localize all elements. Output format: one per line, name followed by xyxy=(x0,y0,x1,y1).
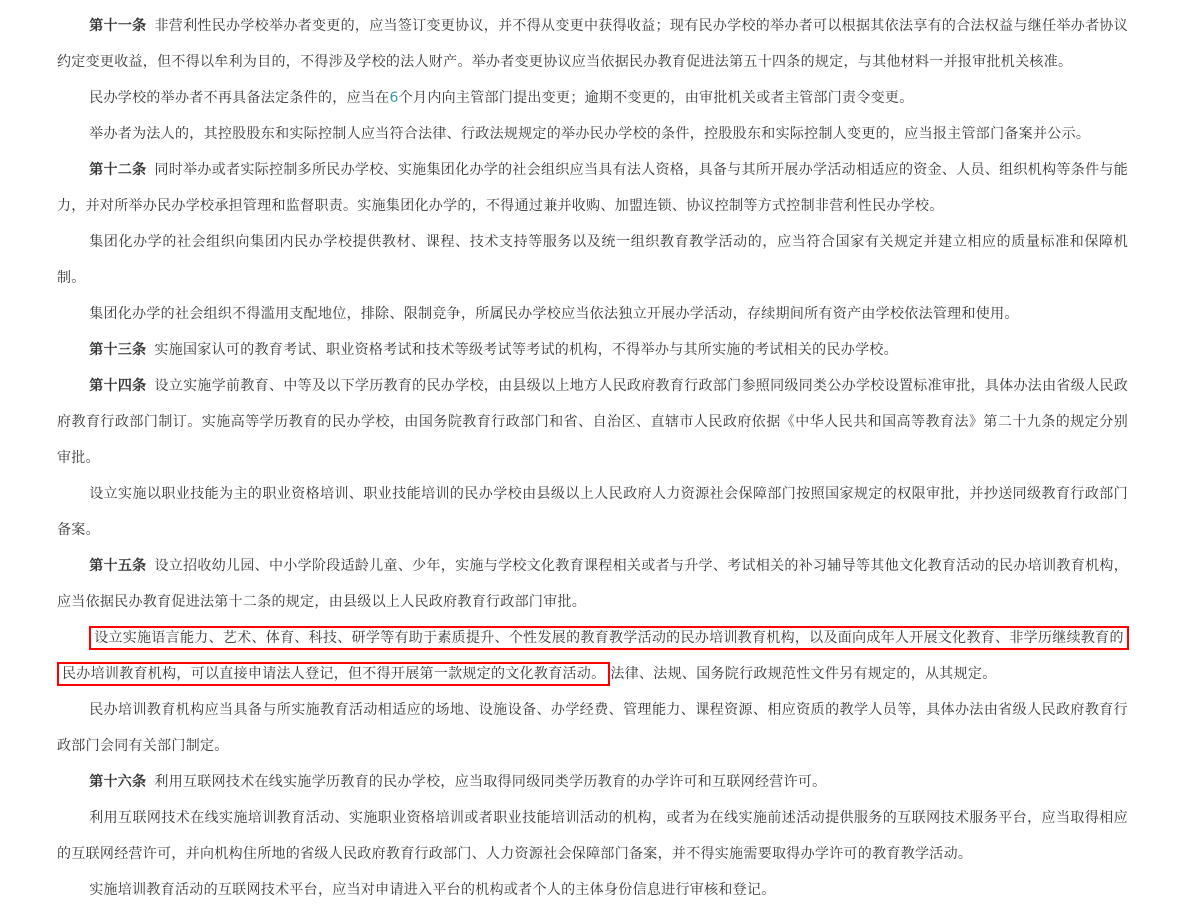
article-12-clause-3-text: 集团化办学的社会组织不得滥用支配地位，排除、限制竞争，所属民办学校应当依法独立开… xyxy=(89,306,1019,322)
para-article-16-clause-3: 实施培训教育活动的互联网技术平台，应当对申请进入平台的机构或者个人的主体身份信息… xyxy=(57,872,1128,908)
article-12-heading: 第十二条 xyxy=(89,162,146,178)
para-article-12-clause-2: 集团化办学的社会组织向集团内民办学校提供教材、课程、技术支持等服务以及统一组织教… xyxy=(57,224,1128,296)
article-15-heading: 第十五条 xyxy=(89,558,146,574)
document-body: 第十一条非营利性民办学校举办者变更的，应当签订变更协议，并不得从变更中获得收益；… xyxy=(57,8,1128,908)
article-14-text: 设立实施学前教育、中等及以下学历教育的民办学校，由县级以上地方人民政府教育行政部… xyxy=(57,378,1128,466)
article-14-heading: 第十四条 xyxy=(89,378,146,394)
para-article-16-clause-2: 利用互联网技术在线实施培训教育活动、实施职业资格培训或者职业技能培训活动的机构，… xyxy=(57,800,1128,872)
clause-2-text-after-number: 个月内向主管部门提出变更；逾期不变更的，由审批机关或者主管部门责令变更。 xyxy=(399,90,914,106)
article-13-text: 实施国家认可的教育考试、职业资格考试和技术等级考试等考试的机构，不得举办与其所实… xyxy=(154,342,898,358)
para-article-14-clause-2: 设立实施以职业技能为主的职业资格培训、职业技能培训的民办学校由县级以上人民政府人… xyxy=(57,476,1128,548)
para-article-11-clause-2: 民办学校的举办者不再具备法定条件的，应当在6个月内向主管部门提出变更；逾期不变更… xyxy=(57,80,1128,116)
para-article-13: 第十三条实施国家认可的教育考试、职业资格考试和技术等级考试等考试的机构，不得举办… xyxy=(57,332,1128,368)
para-article-16: 第十六条利用互联网技术在线实施学历教育的民办学校，应当取得同级同类学历教育的办学… xyxy=(57,764,1128,800)
para-article-12: 第十二条同时举办或者实际控制多所民办学校、实施集团化办学的社会组织应当具有法人资… xyxy=(57,152,1128,224)
clause-2-text-before-number: 民办学校的举办者不再具备法定条件的，应当在 xyxy=(89,90,389,106)
article-16-clause-2-text: 利用互联网技术在线实施培训教育活动、实施职业资格培训或者职业技能培训活动的机构，… xyxy=(57,810,1128,862)
para-article-15: 第十五条设立招收幼儿园、中小学阶段适龄儿童、少年，实施与学校文化教育课程相关或者… xyxy=(57,548,1128,620)
para-article-15-clause-3: 民办培训教育机构应当具备与所实施教育活动相适应的场地、设施设备、办学经费、管理能… xyxy=(57,692,1128,764)
para-article-15-clause-2-highlighted: 设立实施语言能力、艺术、体育、科技、研学等有助于素质提升、个性发展的教育教学活动… xyxy=(57,620,1128,692)
para-article-12-clause-3: 集团化办学的社会组织不得滥用支配地位，排除、限制竞争，所属民办学校应当依法独立开… xyxy=(57,296,1128,332)
article-15-text: 设立招收幼儿园、中小学阶段适龄儿童、少年，实施与学校文化教育课程相关或者与升学、… xyxy=(57,558,1128,610)
article-16-text: 利用互联网技术在线实施学历教育的民办学校，应当取得同级同类学历教育的办学许可和互… xyxy=(154,774,826,790)
para-article-11: 第十一条非营利性民办学校举办者变更的，应当签订变更协议，并不得从变更中获得收益；… xyxy=(57,8,1128,80)
article-12-text: 同时举办或者实际控制多所民办学校、实施集团化办学的社会组织应当具有法人资格，具备… xyxy=(57,162,1128,214)
article-13-heading: 第十三条 xyxy=(89,342,146,358)
article-11-text: 非营利性民办学校举办者变更的，应当签订变更协议，并不得从变更中获得收益；现有民办… xyxy=(57,18,1128,70)
para-article-14: 第十四条设立实施学前教育、中等及以下学历教育的民办学校，由县级以上地方人民政府教… xyxy=(57,368,1128,476)
six-months-number: 6 xyxy=(390,90,399,106)
article-15-clause-2-text-after-box: 法律、法规、国务院行政规范性文件另有规定的，从其规定。 xyxy=(610,666,996,682)
article-16-heading: 第十六条 xyxy=(89,774,146,790)
article-12-clause-2-text: 集团化办学的社会组织向集团内民办学校提供教材、课程、技术支持等服务以及统一组织教… xyxy=(57,234,1128,286)
article-16-clause-3-text: 实施培训教育活动的互联网技术平台，应当对申请进入平台的机构或者个人的主体身份信息… xyxy=(89,882,775,898)
article-11-heading: 第十一条 xyxy=(89,18,146,34)
article-15-clause-3-text: 民办培训教育机构应当具备与所实施教育活动相适应的场地、设施设备、办学经费、管理能… xyxy=(57,702,1128,754)
clause-3-text: 举办者为法人的，其控股股东和实际控制人应当符合法律、行政法规规定的举办民办学校的… xyxy=(89,126,1090,142)
article-14-clause-2-text: 设立实施以职业技能为主的职业资格培训、职业技能培训的民办学校由县级以上人民政府人… xyxy=(57,486,1128,538)
para-article-11-clause-3: 举办者为法人的，其控股股东和实际控制人应当符合法律、行政法规规定的举办民办学校的… xyxy=(57,116,1128,152)
